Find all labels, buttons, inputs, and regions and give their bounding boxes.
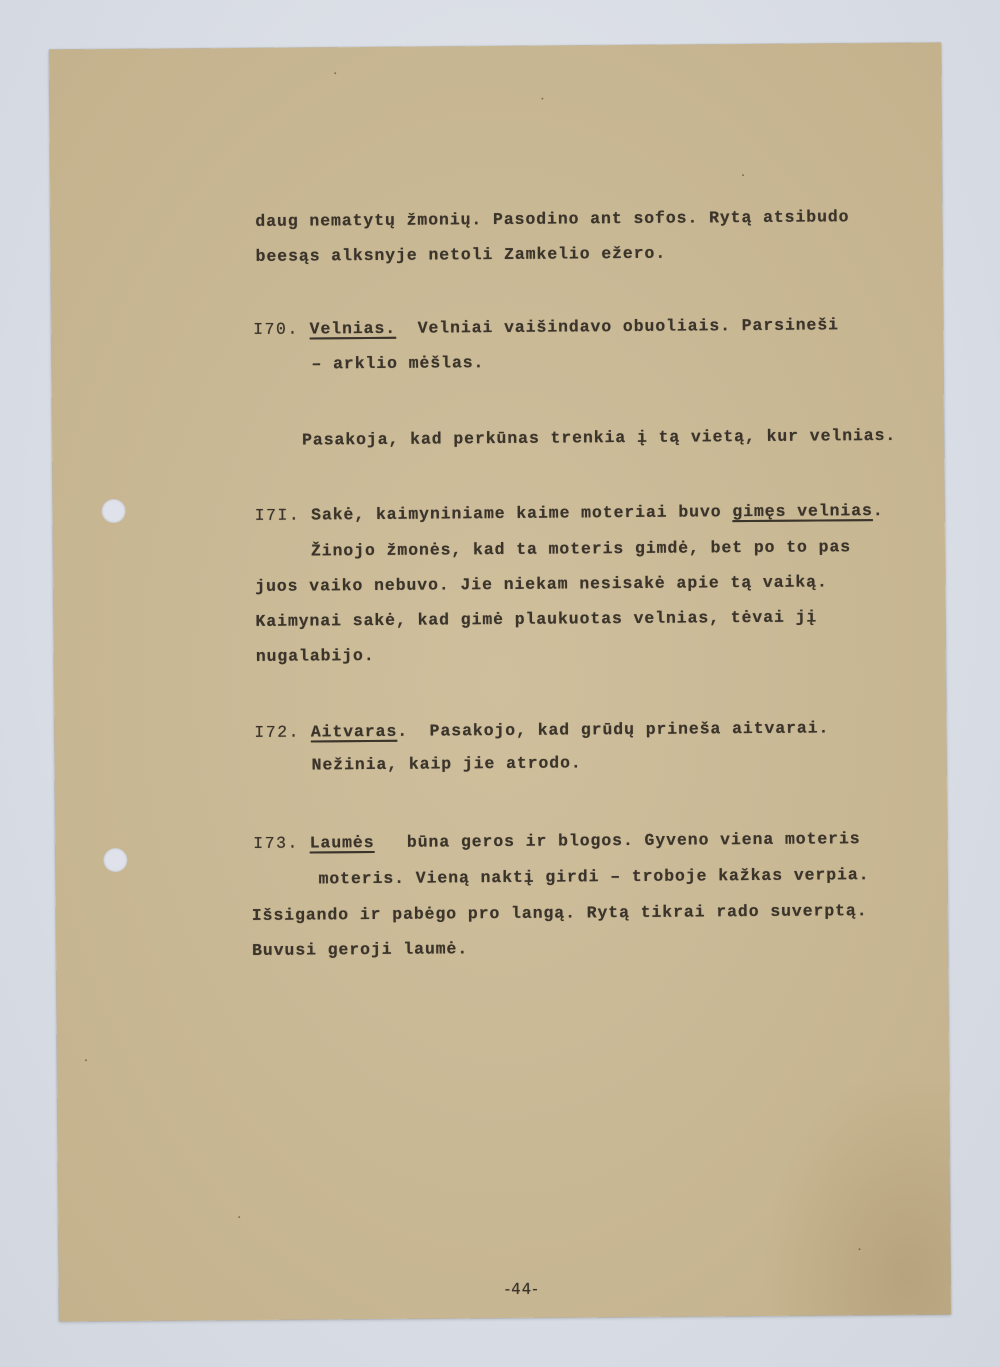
page-number: -44- — [505, 1280, 539, 1298]
entry-173-line-3: Išsigando ir pabėgo pro langą. Rytą tikr… — [252, 901, 868, 926]
entry-text: Sakė, kaimyniniame kaime moteriai buvo — [311, 502, 722, 524]
entry-173-line-4: Buvusi geroji laumė. — [252, 939, 468, 961]
entry-171-first-line: I7I. Sakė, kaimyniniame kaime moteriai b… — [255, 501, 884, 526]
entry-171-line-3: juos vaiko nebuvo. Jie niekam nesisakė a… — [255, 572, 828, 596]
entry-title: Velnias. — [310, 319, 397, 339]
entry-172-first-line: I72. Aitvaras. Pasakojo, kad grūdų prine… — [254, 718, 829, 743]
entry-170-note: Pasakoja, kad perkūnas trenkia į tą viet… — [302, 426, 896, 451]
entry-number: I72. — [254, 723, 300, 742]
entry-text: Pasakojo, kad grūdų prineša aitvarai. — [430, 718, 830, 740]
entry-170-line-2: – arklio mėšlas. — [311, 353, 484, 374]
period: . — [873, 501, 884, 520]
continuation-line-1: daug nematytų žmonių. Pasodino ant sofos… — [255, 207, 849, 232]
continuation-line-2: beesąs alksnyje netoli Zamkelio ežero. — [256, 244, 667, 267]
entry-170-first-line: I70. Velnias. Velniai vaišindavo obuolia… — [253, 315, 839, 340]
entry-text: Velniai vaišindavo obuoliais. Parsineši — [418, 315, 839, 337]
entry-173-first-line: I73. Laumės būna geros ir blogos. Gyveno… — [253, 829, 860, 854]
period: . — [397, 722, 408, 741]
entry-171-line-2: Žinojo žmonės, kad ta moteris gimdė, bet… — [311, 537, 851, 561]
entry-title: Aitvaras — [311, 722, 398, 742]
typewritten-page: daug nematytų žmonių. Pasodino ant sofos… — [49, 43, 951, 1322]
underlined-phrase: gimęs velnias — [732, 501, 873, 521]
entry-number: I70. — [253, 320, 299, 339]
entry-171-line-5: nugalabijo. — [256, 646, 375, 667]
entry-title: Laumės — [310, 833, 375, 853]
entry-173-line-2: moteris. Vieną naktį girdi – troboje kaž… — [318, 865, 869, 889]
entry-number: I7I. — [255, 506, 301, 525]
entry-number: I73. — [253, 834, 299, 853]
entry-172-line-2: Nežinia, kaip jie atrodo. — [312, 753, 582, 775]
entry-171-line-4: Kaimynai sakė, kad gimė plaukuotas velni… — [255, 608, 817, 632]
document-body: daug nematytų žmonių. Pasodino ant sofos… — [49, 43, 951, 1322]
entry-text: būna geros ir blogos. Gyveno viena moter… — [407, 829, 861, 852]
